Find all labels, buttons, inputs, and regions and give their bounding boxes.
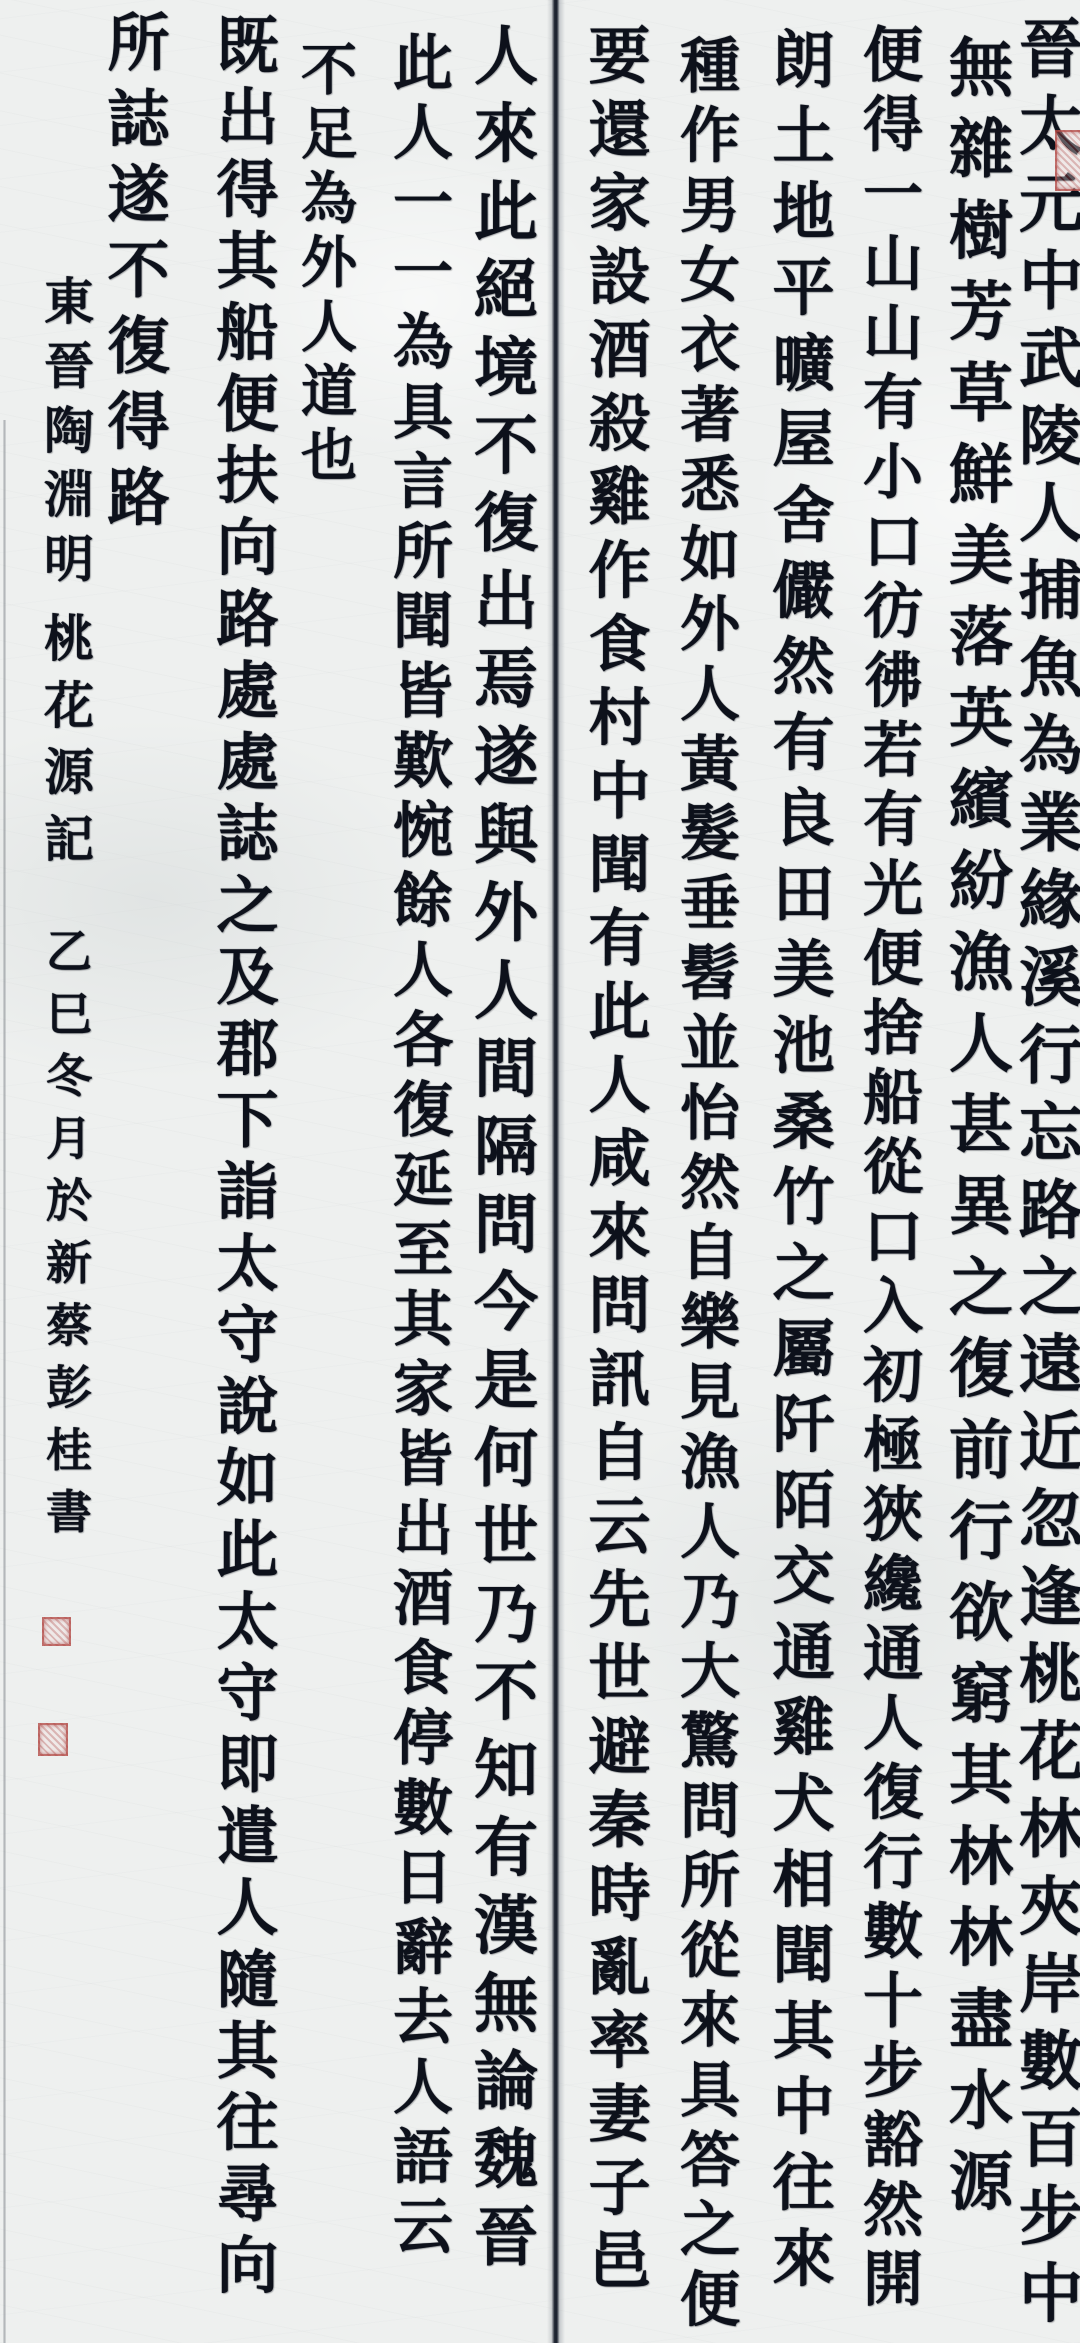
text-column-10: 既出得其船便扶向路處處誌之及郡下詣太守說如此太守即遣人隨其往尋向	[211, 13, 273, 2304]
text-column-5: 種作男女衣著悉如外人黃髮垂髫並怡然自樂見漁人乃大驚問所從來具答之便	[675, 34, 735, 2337]
seal-lower-left-lower	[38, 1723, 68, 1756]
text-column-8: 此人一一為具言所聞皆歎惋餘人各復延至其家皆出酒食停數日辭去人語云	[388, 31, 448, 2265]
seal-lower-left-upper	[42, 1617, 71, 1646]
text-column-1: 晉太元中武陵人捕魚為業緣溪行忘路之遠近忽逢桃花林夾岸數百步中	[1013, 15, 1077, 2337]
seal-top-right	[1055, 130, 1080, 191]
colophon-inscription: 乙巳冬月於新蔡彭桂書	[43, 927, 89, 1550]
colophon-title: 桃花源記	[40, 612, 90, 879]
text-column-3: 便得一山山有小口彷彿若有光便捨船從口入初極狹纔通人復行數十步豁然開	[858, 23, 918, 2317]
calligraphy-artwork: 晉太元中武陵人捕魚為業緣溪行忘路之遠近忽逢桃花林夾岸數百步中 無雜樹芳草鮮美落英…	[0, 0, 1080, 2343]
text-column-7: 人來此絕境不復出焉遂與外人間隔問今是何世乃不知有漢無論魏晉	[468, 22, 532, 2281]
text-column-9: 不足為外人道也	[297, 40, 353, 490]
text-column-4: 朗土地平曠屋舍儼然有良田美池桑竹之屬阡陌交通雞犬相聞其中往來	[767, 27, 829, 2301]
text-column-2: 無雜樹芳草鮮美落英繽紛漁人甚異之復前行欲窮其林林盡水源	[943, 34, 1007, 2229]
colophon-author: 東晉陶淵明	[40, 275, 90, 597]
text-column-6: 要還家設酒殺雞作食村中聞有此人咸來問訊自云先世避秦時亂率妻子邑	[583, 23, 645, 2302]
text-column-11: 所誌遂不復得路	[102, 10, 164, 540]
